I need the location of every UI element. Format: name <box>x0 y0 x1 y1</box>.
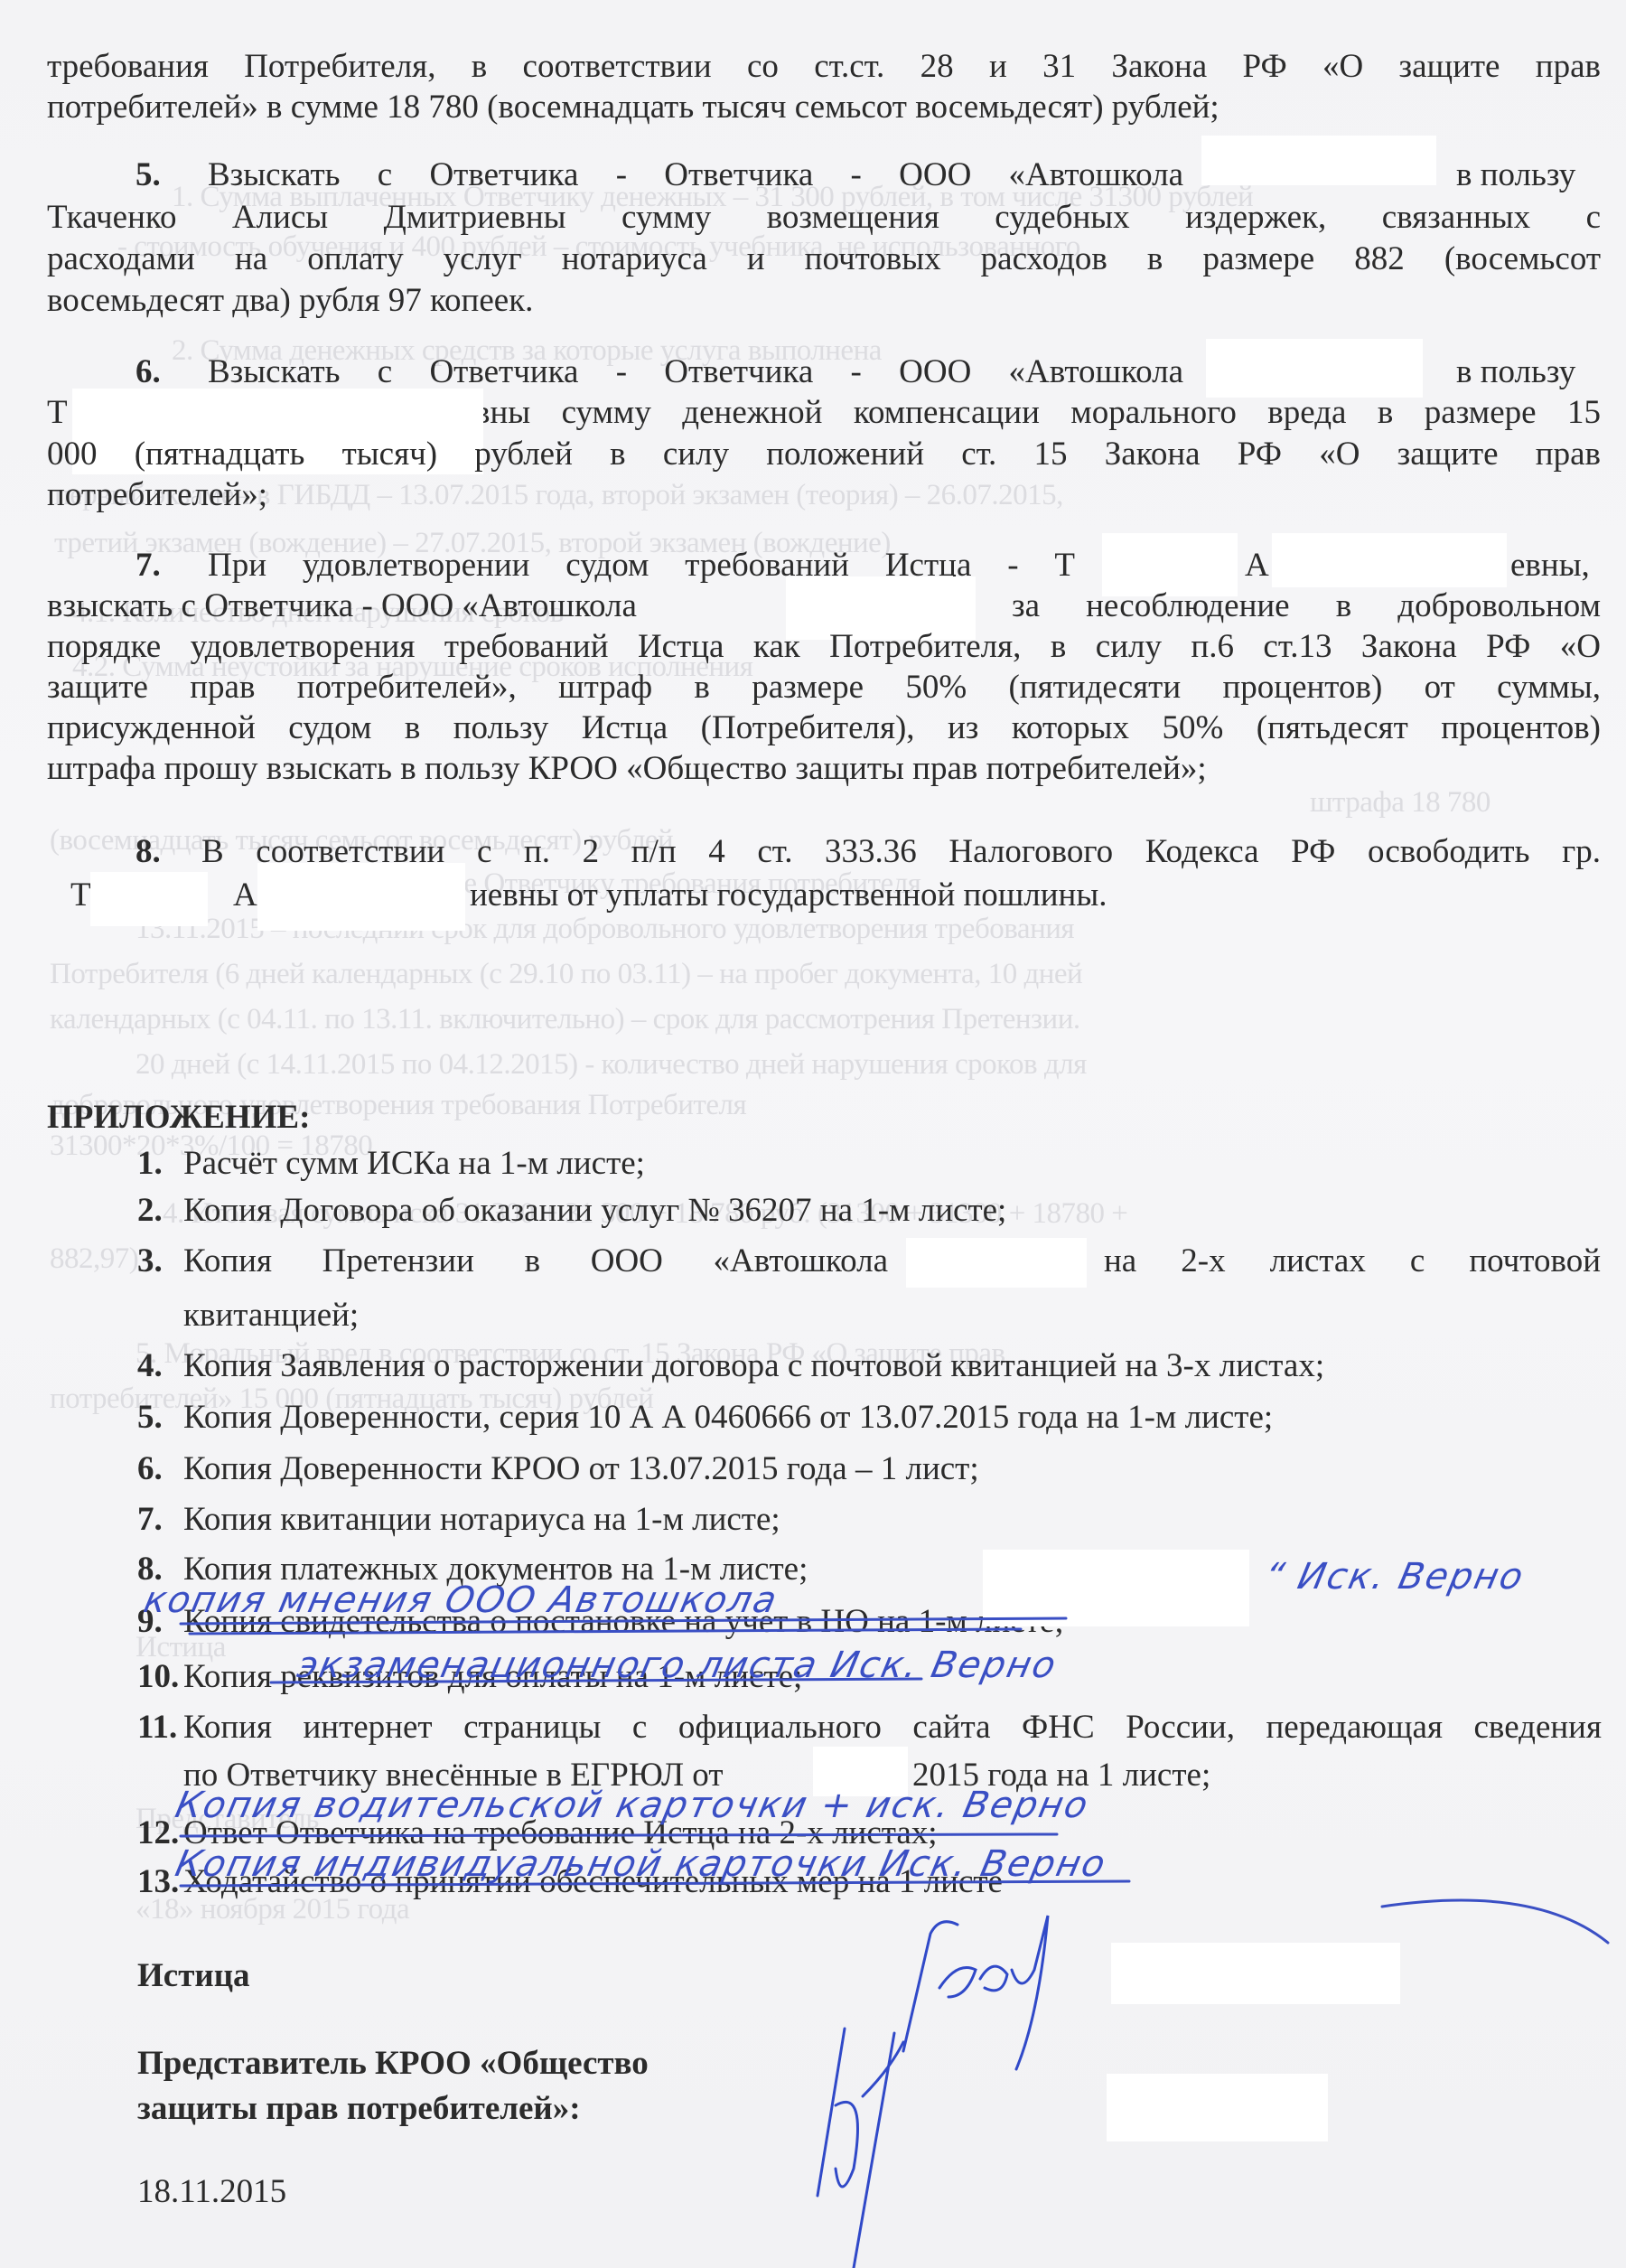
representative-label-2: защиты прав потребителей»: <box>137 2089 581 2128</box>
document-page: 1. Сумма выплаченных Ответчику денежных … <box>0 0 1626 2268</box>
signature-plaintiff <box>903 1916 1048 2069</box>
redaction-box <box>1111 1943 1400 2004</box>
handwritten-note: Копия водительской карточки + иск. Верно <box>172 1785 1093 1826</box>
handwritten-note: Копия индивидуальной карточки Иск. Верно <box>172 1843 1110 1885</box>
redaction-box <box>1206 339 1423 398</box>
signature-representative <box>818 2029 903 2268</box>
redaction-box <box>90 872 208 926</box>
redaction-box <box>1272 533 1507 587</box>
handwritten-note: экзаменационного листа Иск. Верно <box>294 1645 1061 1686</box>
redaction-box <box>1201 136 1436 185</box>
handwritten-note: “ Иск. Верно <box>1260 1556 1528 1598</box>
redaction-box <box>1107 2074 1328 2141</box>
document-date: 18.11.2015 <box>137 2175 286 2208</box>
plaintiff-label: Истица <box>137 1956 250 1995</box>
representative-label-1: Представитель КРОО «Общество <box>137 2044 649 2083</box>
redaction-box <box>983 1550 1249 1626</box>
appendix-heading: ПРИЛОЖЕНИЕ: <box>47 1101 310 1134</box>
redaction-box <box>906 1238 1087 1288</box>
redaction-box <box>257 863 465 931</box>
intro-line-2: потребителей» в сумме 18 780 (восемнадца… <box>47 90 1219 124</box>
intro-line-1: требования Потребителя, в соответствии с… <box>47 50 1601 83</box>
handwritten-note: копия мнения ООО Автошкола <box>140 1579 781 1621</box>
